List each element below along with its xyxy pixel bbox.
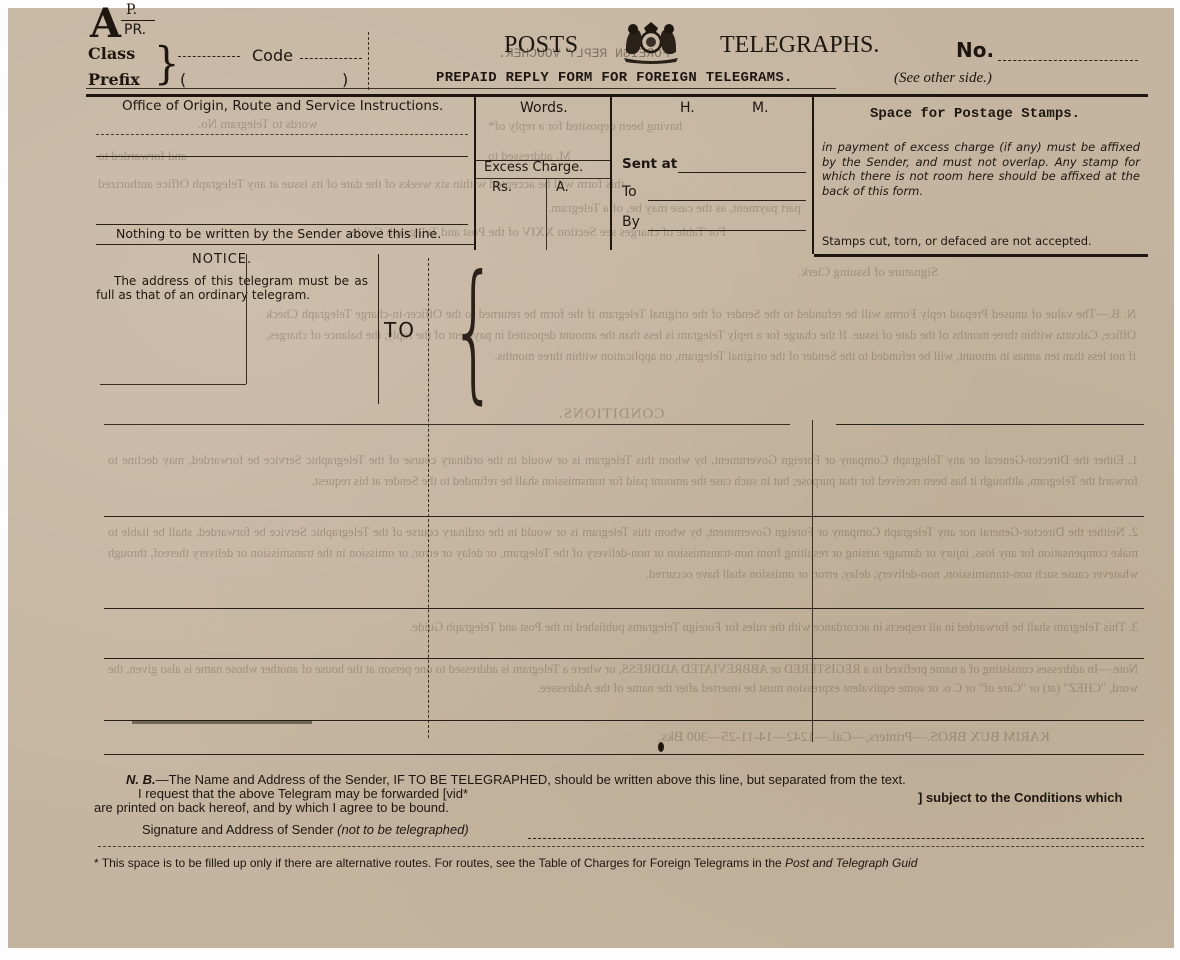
grid-divider-3 bbox=[812, 94, 814, 254]
ghost-line-5: this form will be accepted within six we… bbox=[98, 176, 624, 192]
ghost-line-3: and forwarded to bbox=[98, 148, 187, 164]
notice-box-right bbox=[246, 254, 247, 384]
ghost-line-7: For Table of charges see Section XXIV of… bbox=[348, 224, 726, 240]
notice-body: The address of this telegram must be as … bbox=[96, 274, 368, 302]
title-telegraphs: TELEGRAPHS. bbox=[720, 32, 879, 59]
to-field[interactable] bbox=[648, 186, 806, 201]
ghost-note: Note.—In addresses consisting of a name … bbox=[108, 660, 1138, 698]
signature-rule bbox=[98, 846, 1144, 847]
request-line: I request that the above Telegram may be… bbox=[138, 786, 468, 801]
sender-nb-line: N. B.—The Name and Address of the Sender… bbox=[126, 772, 906, 787]
signature-note: (not to be telegraphed) bbox=[337, 822, 469, 837]
signature-label: Signature and Address of Sender bbox=[142, 822, 334, 837]
prefix-paren-open: ( bbox=[180, 70, 186, 89]
number-label: No. bbox=[956, 38, 994, 62]
form-subtitle: PREPAID REPLY FORM FOR FOREIGN TELEGRAMS… bbox=[436, 70, 793, 86]
ghost-line-4: M. addressed to bbox=[488, 148, 571, 164]
stamps-bottom-rule bbox=[814, 254, 1148, 257]
notice-box-bottom bbox=[100, 384, 246, 385]
ghost-line-1: words to Telegram No. bbox=[198, 116, 317, 132]
ghost-printer: KARIM BUX BROS.—Printers,—Cal.—1242—14-1… bbox=[658, 730, 1050, 746]
telegram-form-paper: A P. PR. Class Prefix } Code ( ) POSTS T… bbox=[8, 8, 1174, 948]
signature-field[interactable] bbox=[528, 826, 1144, 839]
notice-heading: NOTICE. bbox=[192, 252, 252, 267]
ghost-conditions-heading: CONDITIONS. bbox=[558, 406, 664, 423]
hours-label: H. bbox=[680, 100, 695, 116]
sent-at-field[interactable] bbox=[678, 158, 806, 173]
ghost-condition-1: 1. Either the Director-General or any Te… bbox=[108, 450, 1138, 492]
ghost-voucher-title: FOREIGN REPLY VOUCHER. bbox=[498, 46, 670, 61]
form-fraction-bottom: PR. bbox=[124, 22, 146, 38]
request-end: ] subject to the Conditions which bbox=[918, 790, 1122, 805]
number-field[interactable] bbox=[998, 60, 1138, 61]
office-line-4 bbox=[96, 244, 476, 245]
faint-rule bbox=[132, 720, 312, 724]
code-field[interactable] bbox=[300, 58, 362, 59]
prefix-field[interactable] bbox=[192, 70, 342, 90]
ghost-signature-clerk: Signature of Issuing Clerk. bbox=[798, 264, 938, 280]
ghost-line-2: having been deposited for a reply of* bbox=[488, 118, 682, 134]
header-rule bbox=[86, 94, 1148, 97]
ghost-condition-3: 3. This Telegram shall be forwarded in a… bbox=[108, 620, 1138, 635]
signature-line: Signature and Address of Sender (not to … bbox=[142, 822, 469, 837]
sent-at-label: Sent at bbox=[622, 156, 677, 172]
bound-line: are printed on back hereof, and by which… bbox=[94, 800, 449, 815]
nb-prefix: N. B. bbox=[126, 772, 156, 787]
class-label: Class bbox=[88, 44, 135, 63]
form-letter: A bbox=[90, 0, 121, 47]
message-line-6 bbox=[104, 754, 1144, 755]
message-line-1b bbox=[836, 424, 1144, 425]
message-line-1 bbox=[104, 424, 790, 425]
footnote: * This space is to be filled up only if … bbox=[94, 856, 917, 870]
ink-blot bbox=[658, 742, 664, 752]
words-label: Words. bbox=[520, 100, 568, 116]
footnote-text: * This space is to be filled up only if … bbox=[94, 856, 782, 870]
brace-icon: } bbox=[154, 40, 179, 88]
ghost-line-6: part payment, as the case may be, of a T… bbox=[548, 200, 801, 216]
prefix-paren-close: ) bbox=[342, 70, 348, 89]
header-divider bbox=[368, 32, 369, 90]
route-field[interactable] bbox=[528, 786, 918, 802]
office-heading: Office of Origin, Route and Service Inst… bbox=[122, 98, 443, 114]
ghost-nb-refund: N. B.—The value of unused Prepaid reply … bbox=[266, 304, 1136, 367]
prefix-label: Prefix bbox=[88, 70, 140, 89]
postage-stamps-area[interactable] bbox=[816, 126, 1146, 252]
footnote-guide: Post and Telegraph Guid bbox=[785, 856, 917, 870]
nb-text: —The Name and Address of the Sender, IF … bbox=[156, 772, 906, 787]
code-label: Code bbox=[252, 46, 293, 65]
see-other-side-link[interactable]: (See other side.) bbox=[894, 70, 992, 87]
office-line-1 bbox=[96, 134, 468, 135]
class-field[interactable] bbox=[178, 56, 240, 57]
stamps-heading: Space for Postage Stamps. bbox=[870, 106, 1080, 122]
ghost-condition-2: 2. Neither the Director-General nor any … bbox=[108, 522, 1138, 585]
header-rule-top bbox=[86, 88, 836, 89]
minutes-label: M. bbox=[752, 100, 769, 116]
form-fraction-top: P. bbox=[126, 2, 137, 18]
fraction-bar bbox=[121, 20, 155, 21]
